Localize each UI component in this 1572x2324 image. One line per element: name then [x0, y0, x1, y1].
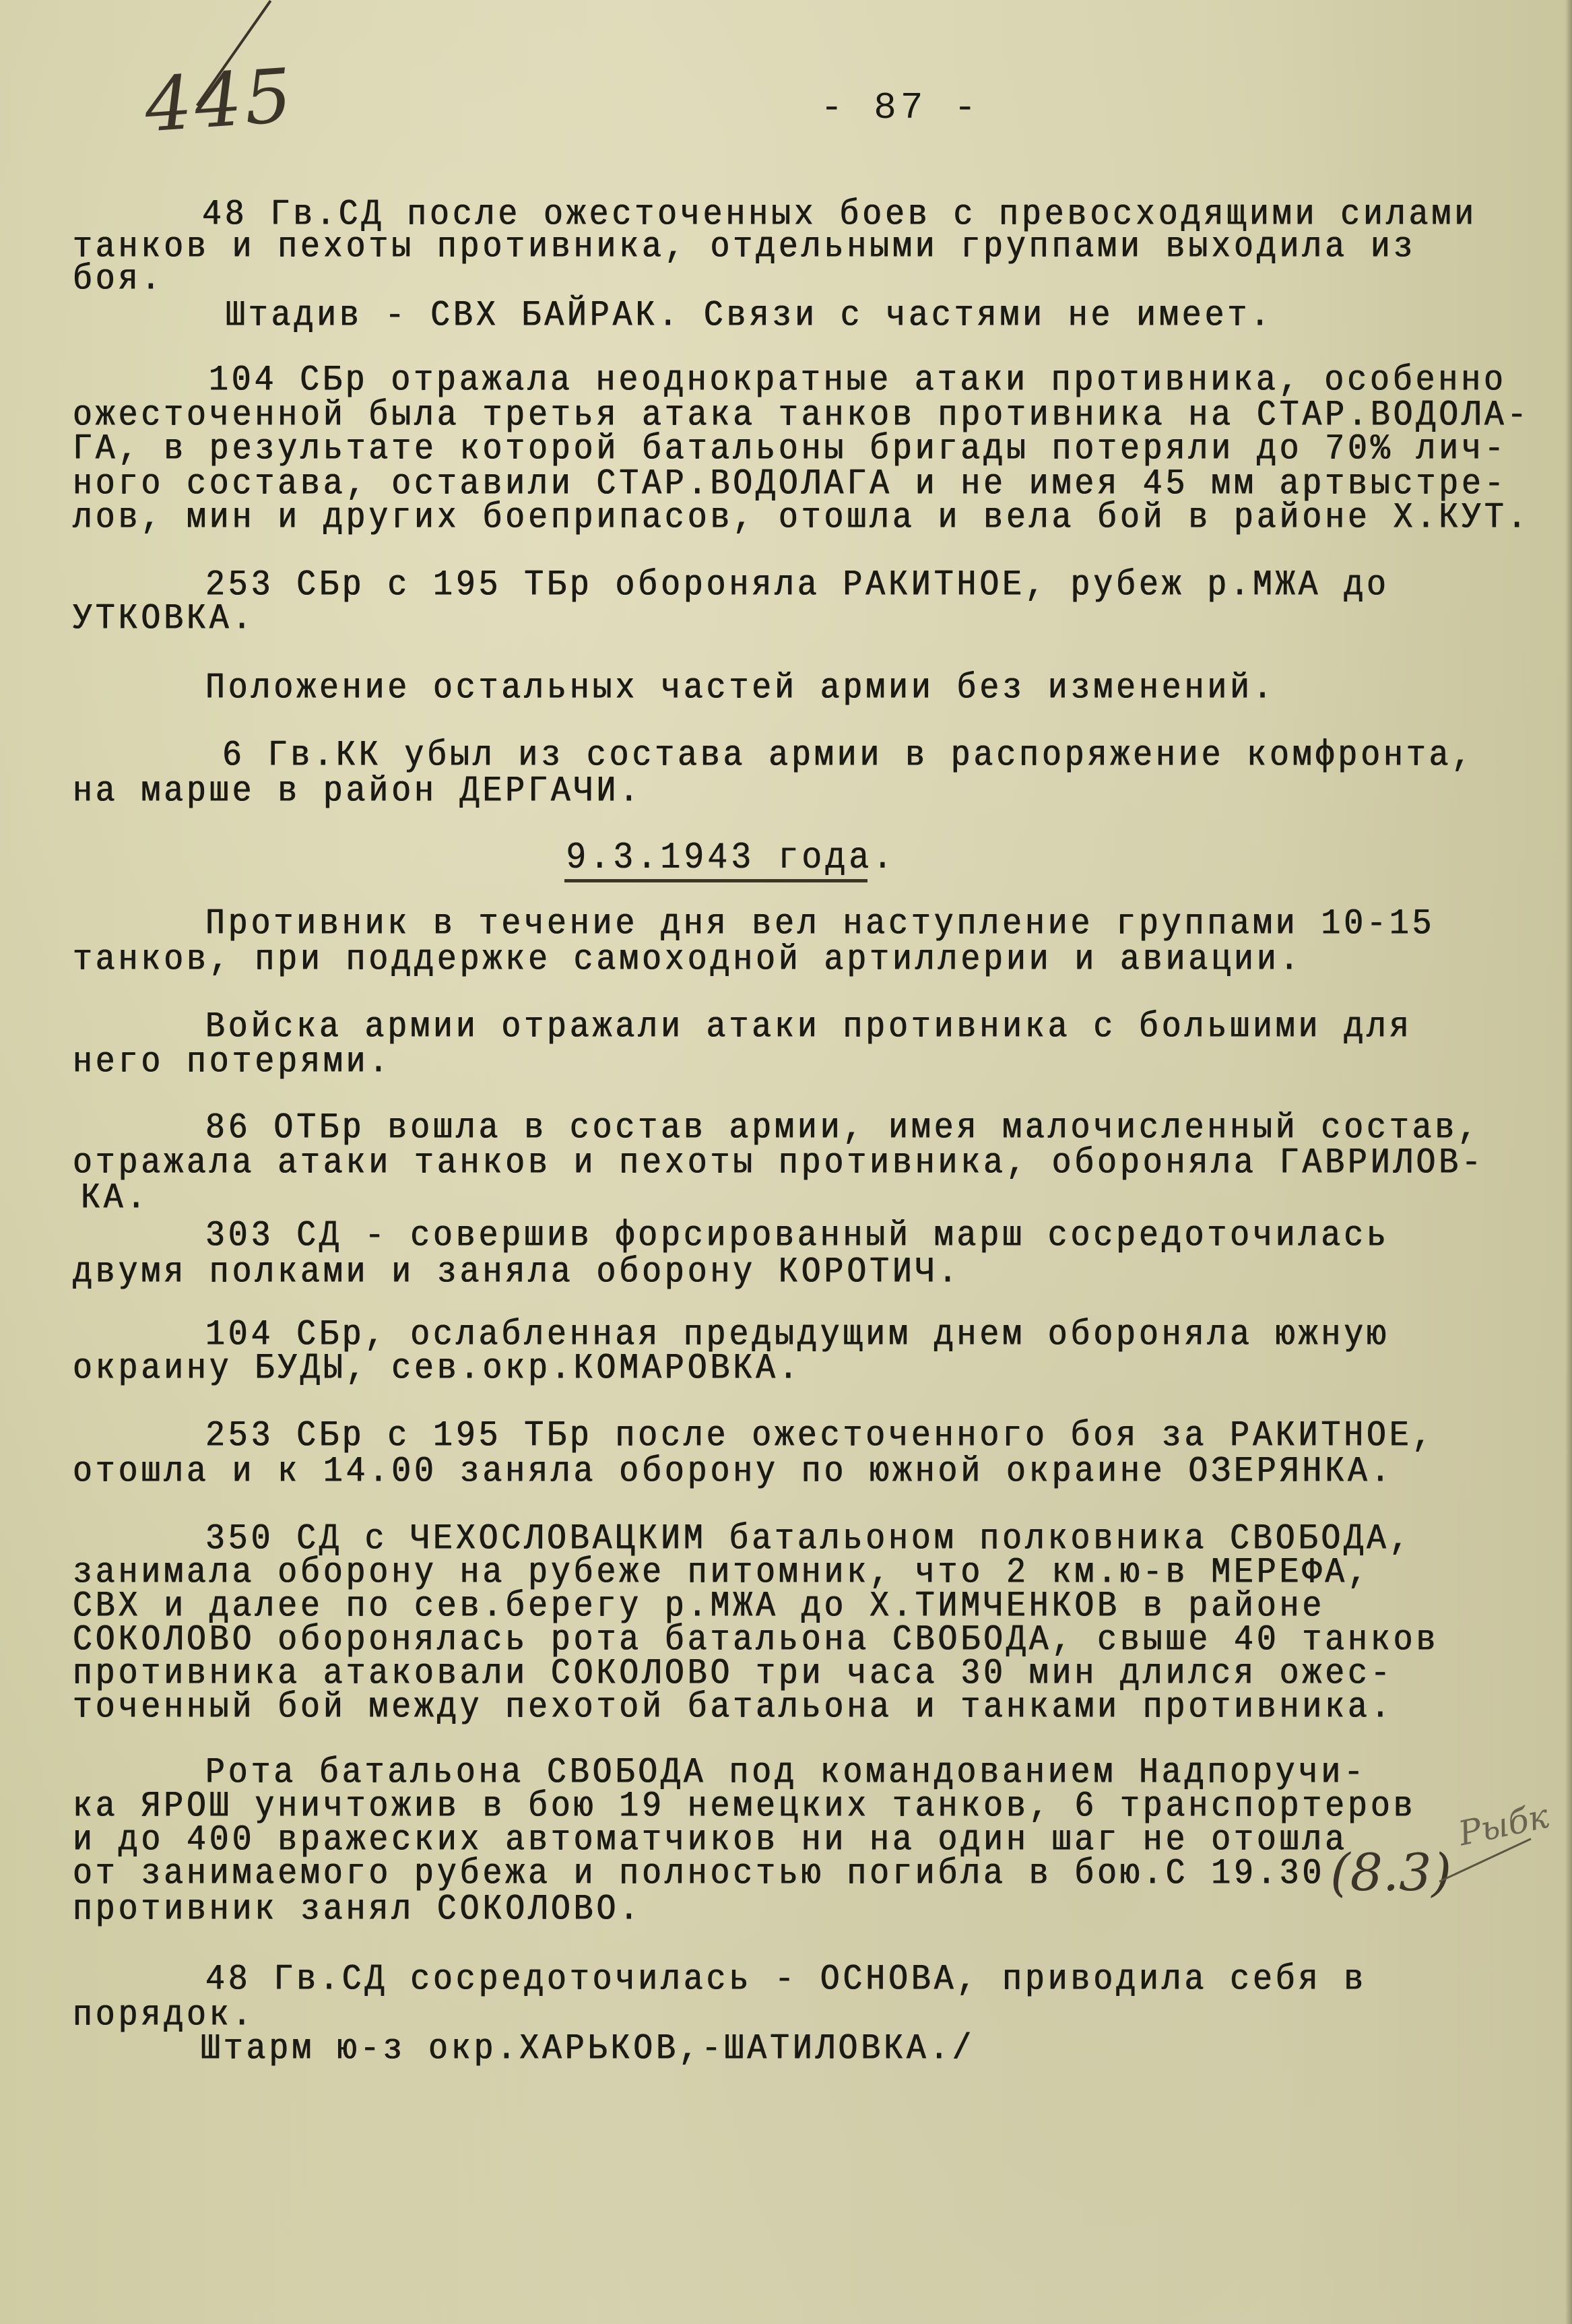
- text-line: отошла и к 14.00 заняла оборону по южной…: [73, 1454, 1394, 1490]
- handwritten-folio-number: 445: [142, 52, 297, 148]
- text-line: 86 ОТБр вошла в состав армии, имея малоч…: [205, 1110, 1480, 1147]
- text-line: него потерями.: [73, 1044, 391, 1080]
- text-line: КА.: [81, 1180, 149, 1217]
- text-line: окраину БУДЫ, сев.окр.КОМАРОВКА.: [73, 1351, 801, 1387]
- text-line: отражала атаки танков и пехоты противник…: [73, 1145, 1484, 1182]
- text-line: Штадив - СВХ БАЙРАК. Связи с частями не …: [226, 298, 1273, 334]
- text-line: 104 СБр отражала неоднократные атаки про…: [209, 362, 1507, 399]
- text-line: Положение остальных частей армии без изм…: [205, 670, 1276, 707]
- text-line: ГА, в результате которой батальоны брига…: [73, 431, 1507, 467]
- text-line: танков и пехоты противника, отдельными г…: [73, 229, 1416, 265]
- text-line: танков, при поддержке самоходной артилле…: [73, 942, 1302, 978]
- date-heading: 9.3.1943 года.: [566, 837, 896, 880]
- margin-signature: Рыбк: [1455, 1797, 1552, 1854]
- text-line: 48 Гв.СД сосредоточилась - ОСНОВА, приво…: [205, 1962, 1367, 1998]
- text-line: 303 СД - совершив форсированный марш сос…: [205, 1218, 1389, 1254]
- text-line: 253 СБр с 195 ТБр после ожесточенного бо…: [205, 1418, 1435, 1454]
- text-line: Войска армии отражали атаки противника с…: [205, 1009, 1412, 1045]
- page-number: - 87 -: [820, 86, 981, 129]
- text-line: на марше в район ДЕРГАЧИ.: [73, 773, 642, 810]
- text-line: от занимаемого рубежа и полностью погибл…: [73, 1856, 1325, 1892]
- text-line: двумя полками и заняла оборону КОРОТИЧ.: [73, 1254, 960, 1291]
- text-line: противник занял СОКОЛОВО.: [73, 1892, 642, 1928]
- text-line: лов, мин и других боеприпасов, отошла и …: [73, 500, 1530, 536]
- text-line: 253 СБр с 195 ТБр обороняла РАКИТНОЕ, ру…: [205, 567, 1389, 604]
- text-line: Штарм ю-з окр.ХАРЬКОВ,-ШАТИЛОВКА./: [201, 2031, 975, 2067]
- text-line: 6 Гв.КК убыл из состава армии в распоряж…: [222, 738, 1474, 774]
- text-line: Противник в течение дня вел наступление …: [205, 906, 1435, 942]
- text-line: точенный бой между пехотой батальона и т…: [73, 1689, 1394, 1726]
- text-line: УТКОВКА.: [73, 601, 255, 637]
- paper-right-edge: [1565, 0, 1572, 2324]
- date-heading-underline: [564, 879, 867, 882]
- text-line: боя.: [73, 261, 164, 298]
- margin-date-note: (8.3): [1330, 1842, 1451, 1902]
